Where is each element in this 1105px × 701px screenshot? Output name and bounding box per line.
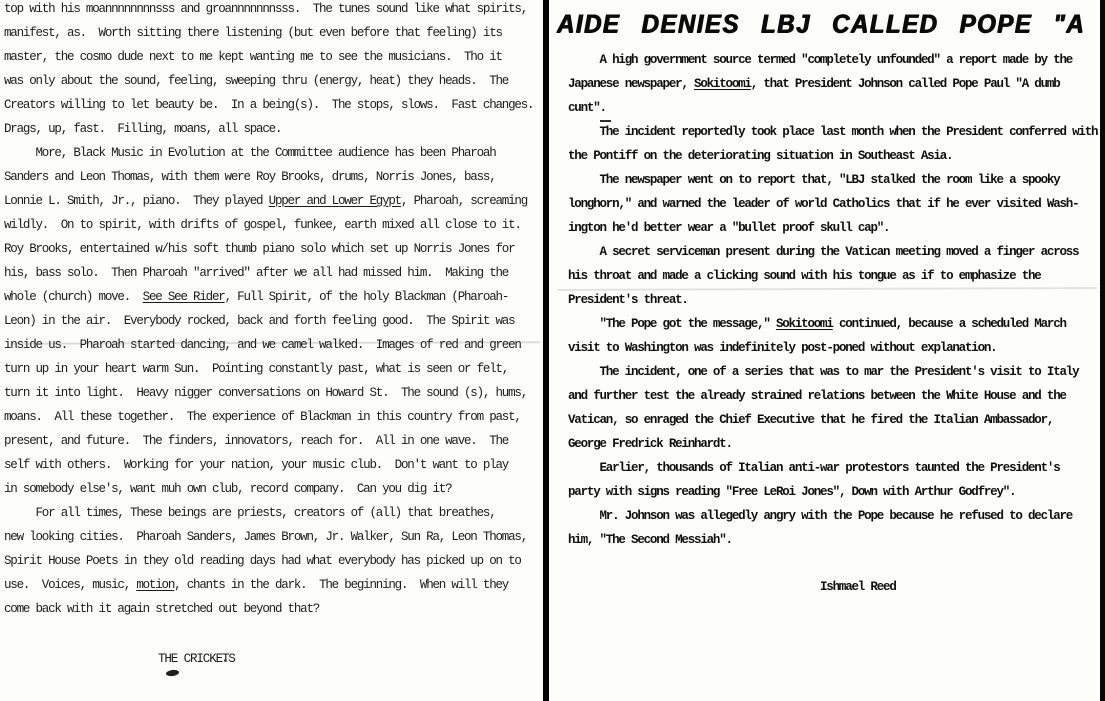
text-line: visit to Washington was indefinitely pos… <box>568 336 1097 360</box>
text-line: him, "The Second Messiah". <box>568 528 1097 552</box>
text-line: ington he'd better wear a "bullet proof … <box>568 216 1097 240</box>
text-line: For all times, These beings are priests,… <box>4 501 533 525</box>
article-headline: AIDE DENIES LBJ CALLED POPE "A DUMB CUN <box>557 10 1100 40</box>
text-line: present, and future. The finders, innova… <box>4 429 533 453</box>
text-line: his, bass solo. Then Pharoah "arrived" a… <box>4 261 533 285</box>
text-line: Earlier, thousands of Italian anti-war p… <box>568 456 1097 480</box>
typewriter-correction-dash <box>600 120 611 122</box>
text-line: top with his moannnnnnnnsss and groannnn… <box>4 0 533 21</box>
text-line: cunt". <box>568 96 1097 120</box>
stray-ink-dot <box>224 659 227 662</box>
text-line: A secret serviceman present during the V… <box>568 240 1097 264</box>
article-byline: Ishmael Reed <box>820 578 896 596</box>
text-line: More, Black Music in Evolution at the Co… <box>4 141 533 165</box>
text-line: The incident, one of a series that was t… <box>568 360 1097 384</box>
text-line: Roy Brooks, entertained w/his soft thumb… <box>4 237 533 261</box>
text-line: Spirit House Poets in they old reading d… <box>4 549 533 573</box>
text-line: in somebody else's, want muh own club, r… <box>4 477 533 501</box>
text-line: George Fredrick Reinhardt. <box>568 432 1097 456</box>
text-line: moans. All these together. The experienc… <box>4 405 533 429</box>
text-line: self with others. Working for your natio… <box>4 453 533 477</box>
text-line: President's threat. <box>568 288 1097 312</box>
text-line: "The Pope got the message," Sokitoomi co… <box>568 312 1097 336</box>
text-line: was only about the sound, feeling, sweep… <box>4 69 533 93</box>
text-line: use. Voices, music, motion, chants in th… <box>4 573 533 597</box>
text-line: manifest, as. Worth sitting there listen… <box>4 21 533 45</box>
text-line: wildly. On to spirit, with drifts of gos… <box>4 213 533 237</box>
left-page-body-text: top with his moannnnnnnnsss and groannnn… <box>4 0 533 621</box>
text-line: turn it into light. Heavy nigger convers… <box>4 381 533 405</box>
text-line: Sanders and Leon Thomas, with them were … <box>4 165 533 189</box>
text-line: new looking cities. Pharoah Sanders, Jam… <box>4 525 533 549</box>
scanned-zine-spread: top with his moannnnnnnnsss and groannnn… <box>0 0 1105 701</box>
scan-edge-bar <box>1100 0 1105 701</box>
text-line: Creators willing to let beauty be. In a … <box>4 93 533 117</box>
text-line: turn up in your heart warm Sun. Pointing… <box>4 357 533 381</box>
text-line: master, the cosmo dude next to me kept w… <box>4 45 533 69</box>
right-page-body-text: A high government source termed "complet… <box>568 48 1097 552</box>
text-line: Drags, up, fast. Filling, moans, all spa… <box>4 117 533 141</box>
text-line: A high government source termed "complet… <box>568 48 1097 72</box>
text-line: the Pontiff on the deteriorating situati… <box>568 144 1097 168</box>
text-line: Mr. Johnson was allegedly angry with the… <box>568 504 1097 528</box>
text-line: and further test the already strained re… <box>568 384 1097 408</box>
text-line: party with signs reading "Free LeRoi Jon… <box>568 480 1097 504</box>
text-line: come back with it again stretched out be… <box>4 597 533 621</box>
text-line: his throat and made a clicking sound wit… <box>568 264 1097 288</box>
text-line: inside us. Pharoah started dancing, and … <box>4 333 533 357</box>
text-line: Leon) in the air. Everybody rocked, back… <box>4 309 533 333</box>
text-line: Japanese newspaper, Sokitoomi, that Pres… <box>568 72 1097 96</box>
text-line: The newspaper went on to report that, "L… <box>568 168 1097 192</box>
text-line: longhorn," and warned the leader of worl… <box>568 192 1097 216</box>
text-line: Vatican, so enraged the Chief Executive … <box>568 408 1097 432</box>
page-right: AIDE DENIES LBJ CALLED POPE "A DUMB CUN … <box>549 0 1100 701</box>
text-line: The incident reportedly took place last … <box>568 120 1097 144</box>
text-line: Lonnie L. Smith, Jr., piano. They played… <box>4 189 533 213</box>
text-line: whole (church) move. See See Rider, Full… <box>4 285 533 309</box>
page-left: top with his moannnnnnnnsss and groannnn… <box>0 0 543 701</box>
ink-smudge <box>166 669 180 677</box>
